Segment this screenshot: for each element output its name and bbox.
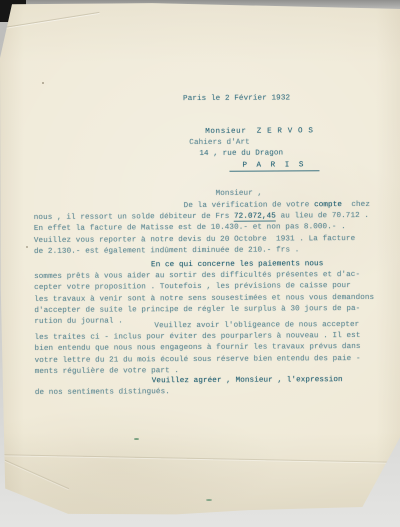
recipient-block: Monsieur Z E R V O S Cahiers d'Art 14 , … <box>189 126 319 172</box>
closing-block: Veuillez agréer , Monsieur , l'expressio… <box>35 375 395 400</box>
line-text: De la vérification de votre <box>184 201 314 210</box>
letter-line: d'accepter de suite le principe de régle… <box>34 304 394 317</box>
paragraph-1: De la vérification de votre compte chez … <box>34 200 394 258</box>
ink-speck <box>206 499 212 501</box>
closing-line: de nos sentiments distingués. <box>35 386 395 399</box>
recipient-name: Monsieur Z E R V O S <box>205 126 319 138</box>
recipient-city-text: P A R I S <box>229 161 319 172</box>
paper-stain <box>42 82 44 84</box>
salutation: Monsieur , <box>216 189 263 200</box>
letter-line: de 2.130.- est également indûment diminu… <box>34 245 394 258</box>
letter-paper: Paris le 2 Février 1932 Monsieur Z E R V… <box>0 0 400 527</box>
line-text-emphasis: compte <box>314 201 342 209</box>
letter-line: Veuillez vous reporter à notre devis du … <box>34 233 394 246</box>
line-text: nous , il ressort un solde débiteur de F… <box>34 213 234 222</box>
recipient-street: 14 , rue du Dragon <box>199 149 319 161</box>
amount-underlined: 72.072,45 <box>234 213 276 222</box>
paper-stain <box>26 246 28 248</box>
recipient-city: P A R I S <box>229 160 319 172</box>
ink-speck <box>134 438 139 440</box>
paragraph-3: Veuillez avoir l'obligeance de nous acce… <box>34 320 394 378</box>
scanned-letter: Paris le 2 Février 1932 Monsieur Z E R V… <box>0 0 400 527</box>
dateline: Paris le 2 Février 1932 <box>183 93 290 105</box>
paragraph-2: En ce qui concerne les paiements nous so… <box>34 259 394 328</box>
line-text: au lieu de 70.712 . <box>276 212 369 221</box>
letter-line: votre lettre du 21 du mois écoulé sous r… <box>35 353 395 366</box>
line-text: chez <box>342 201 370 209</box>
recipient-company: Cahiers d'Art <box>189 137 319 149</box>
